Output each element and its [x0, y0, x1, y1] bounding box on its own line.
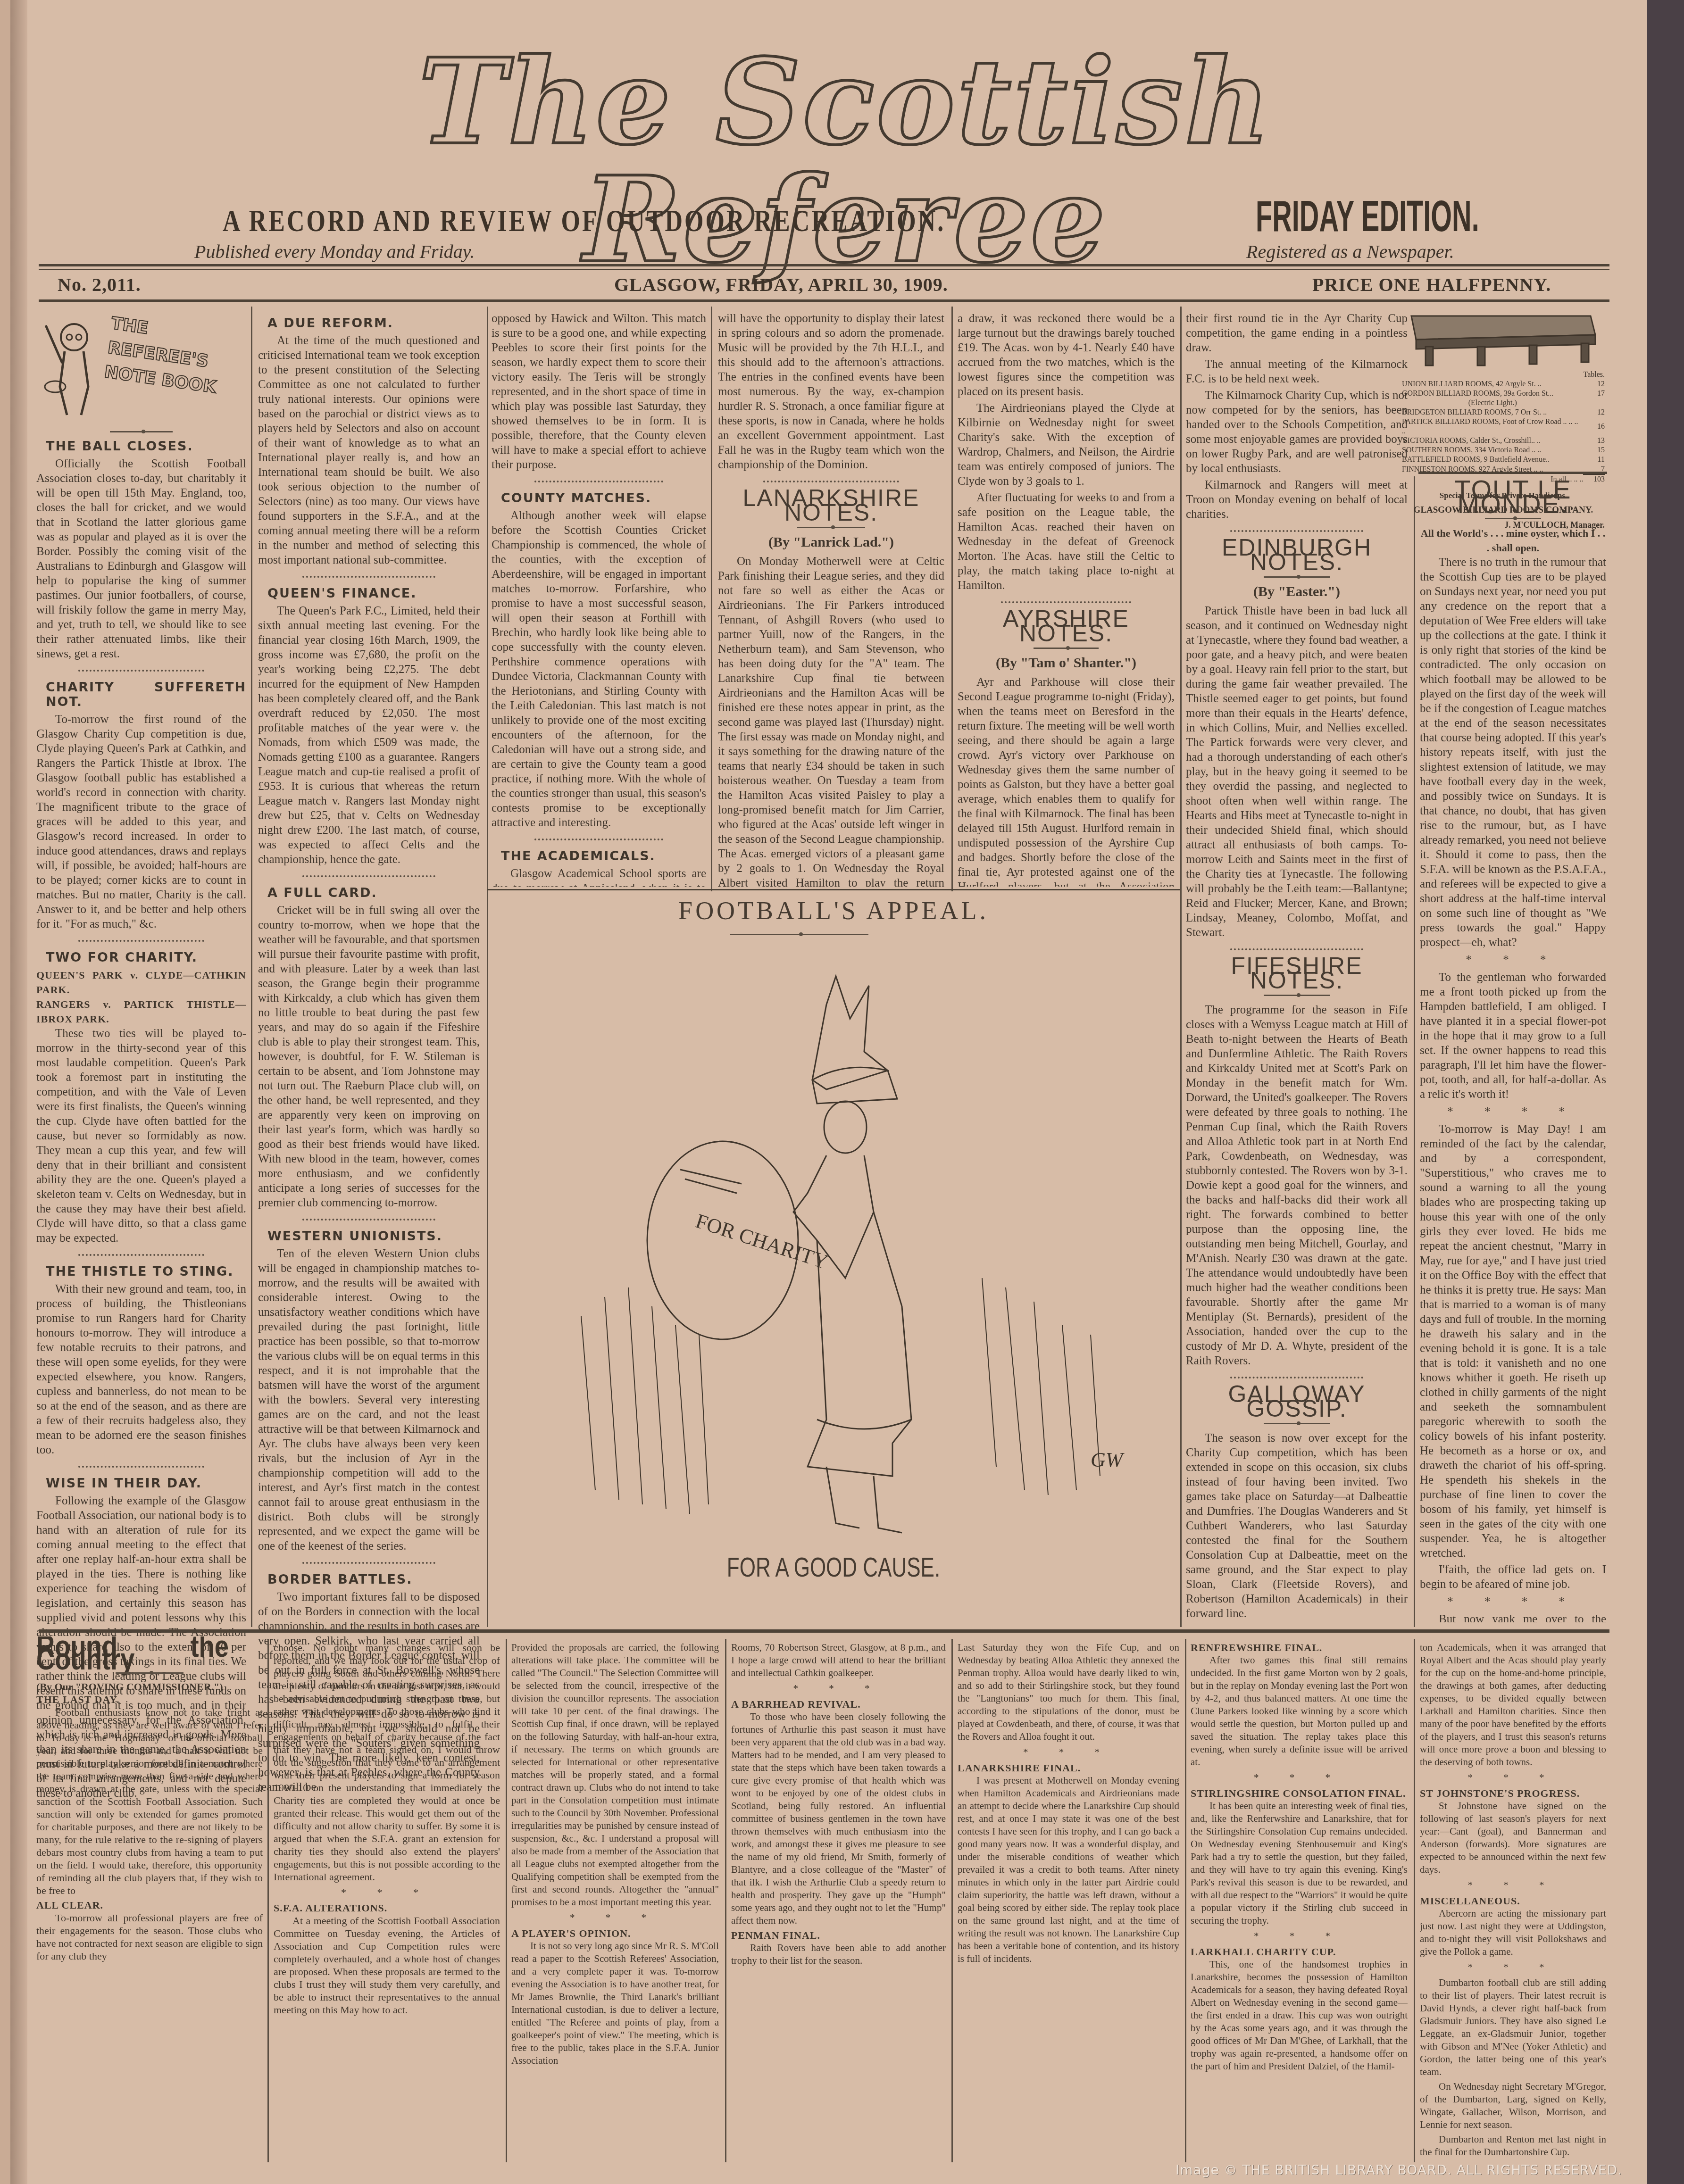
- article-body: On Monday Motherwell were at Celtic Park…: [718, 554, 944, 887]
- section-heading: TWO FOR CHARITY.: [46, 950, 246, 965]
- bottom-section-rule: [39, 1629, 1609, 1633]
- article-body: At the time of the much questioned and c…: [258, 333, 480, 567]
- ad-bottom-rule: [1418, 472, 1607, 474]
- round-the-country-col1: Round the Country (By Our "ROVING COMMIS…: [36, 1636, 263, 2160]
- article-body: Dumbarton and Renton met last night in t…: [1420, 2133, 1606, 2159]
- article-body: It has been quite an interesting week of…: [1191, 1800, 1408, 1927]
- article-body: On Wednesday night Secretary M'Gregor, o…: [1420, 2080, 1606, 2131]
- column-divider: [1414, 476, 1415, 1627]
- article-body: a draw, it was reckoned there would be a…: [958, 311, 1175, 399]
- article-body: At a meeting of the Scottish Football As…: [274, 1914, 500, 2016]
- table-row: VICTORIA ROOMS, Calder St., Crosshill.. …: [1402, 436, 1605, 446]
- dateline: GLASGOW, FRIDAY, APRIL 30, 1909.: [614, 274, 948, 296]
- article-body: To-morrow the first round of the Glasgow…: [36, 712, 246, 931]
- section-heading: QUEEN'S FINANCE.: [267, 586, 480, 601]
- star-separator: * * *: [1420, 1961, 1606, 1974]
- wavy-divider: [1001, 601, 1131, 603]
- table-row: BATTLEFIELD ROOMS, 9 Battlefield Avenue.…: [1402, 455, 1605, 465]
- price: PRICE ONE HALFPENNY.: [1312, 274, 1551, 296]
- article-body: This, one of the handsomest trophies in …: [1191, 1958, 1408, 2073]
- section-heading: PENMAN FINAL.: [731, 1929, 946, 1942]
- table-row: UNION BILLIARD ROOMS, 42 Argyle St. ..12: [1402, 380, 1605, 389]
- table-row: BRIDGETON BILLIARD ROOMS, 7 Orr St. ..12: [1402, 408, 1605, 417]
- dateline-rule: [39, 299, 1609, 302]
- article-body: Partick Thistle have been in bad luck al…: [1186, 604, 1408, 940]
- round-the-country-col5: Last Saturday they won the Fife Cup, and…: [958, 1641, 1179, 2160]
- column-divider: [725, 1639, 726, 2162]
- ornament-divider: [797, 527, 865, 528]
- byline: (By "Tam o' Shanter."): [958, 656, 1175, 670]
- wavy-divider: [1230, 530, 1363, 532]
- column-divider: [711, 307, 712, 891]
- article-body: their first round tie in the Ayr Charity…: [1186, 311, 1408, 355]
- table-row: (Electric Light.): [1402, 399, 1605, 408]
- section-heading: COUNTY MATCHES.: [501, 491, 706, 506]
- wavy-divider: [78, 1466, 204, 1468]
- section-heading: A FULL CARD.: [267, 886, 480, 900]
- section-heading: S.F.A. ALTERATIONS.: [274, 1902, 500, 1914]
- article-body: The annual meeting of the Kilmarnock F.C…: [1186, 357, 1408, 386]
- star-separator: * * *: [1420, 1771, 1606, 1784]
- section-heading: A BARRHEAD REVIVAL.: [731, 1698, 946, 1711]
- wavy-divider: [1230, 1377, 1363, 1378]
- article-body: These two ties will be played to-morrow …: [36, 1026, 246, 1246]
- ornament-divider: [1264, 576, 1330, 578]
- table-row: SOUTHERN ROOMS, 334 Victoria Road .. ..1…: [1402, 446, 1605, 455]
- article-body: Cricket will be in full swing all over t…: [258, 903, 480, 1210]
- section-heading-edinburgh: EDINBURGH NOTES.: [1186, 540, 1408, 570]
- byline: (By "Lanrick Lad."): [718, 535, 944, 549]
- section-heading: THE BALL CLOSES.: [46, 439, 246, 454]
- section-heading: ALL CLEAR.: [36, 1899, 263, 1911]
- ornament-divider: [116, 1672, 183, 1674]
- section-heading: RENFREWSHIRE FINAL.: [1191, 1641, 1408, 1654]
- star-separator: * * *: [958, 1746, 1179, 1759]
- article-body: But now yank me over to the women's pape…: [1420, 1612, 1606, 1622]
- star-separator: * * *: [1420, 1879, 1606, 1892]
- wavy-divider: [302, 576, 435, 578]
- column-5: a draw, it was reckoned there would be a…: [958, 311, 1175, 887]
- fixture-line: QUEEN'S PARK v. CLYDE—CATHKIN PARK.: [36, 968, 246, 997]
- published-note: Published every Monday and Friday.: [194, 241, 475, 263]
- billiard-table-icon: [1402, 307, 1605, 368]
- article-body: Glasgow Academical School sports are due…: [492, 866, 706, 887]
- article-body: It is not so very long ago since Mr R. S…: [511, 1940, 719, 2067]
- masthead-rule-inner: [39, 269, 1609, 270]
- registered-note: Registered as a Newspaper.: [1246, 241, 1454, 263]
- artist-signature: GW: [1091, 1448, 1125, 1471]
- article-body: Provided the proposals are carried, the …: [511, 1641, 719, 1909]
- round-the-country-col7: ton Academicals, when it was arranged th…: [1420, 1641, 1606, 2160]
- column-divider: [267, 1639, 269, 2162]
- wavy-divider: [78, 670, 204, 672]
- article-body: will have the opportunity to display the…: [718, 311, 944, 472]
- section-heading: THE LAST DAY.: [36, 1693, 263, 1706]
- article-body: The season is now over except for the Ch…: [1186, 1431, 1408, 1621]
- column-3: opposed by Hawick and Wilton. This match…: [492, 311, 706, 887]
- column-divider: [951, 307, 953, 891]
- column-tout-le-monde: TOUT LE MONDE. All the World's . . . min…: [1420, 476, 1606, 1622]
- article-body: Dumbarton football club are still adding…: [1420, 1976, 1606, 2078]
- ball-text: FOR CHARITY: [693, 1209, 831, 1274]
- section-heading: WISE IN THEIR DAY.: [46, 1476, 246, 1491]
- article-body: St Johnstone have signed on the followin…: [1420, 1800, 1606, 1876]
- newspaper-page: The Scottish Referee A RECORD AND REVIEW…: [10, 0, 1647, 2184]
- section-heading-ayrshire: AYRSHIRE NOTES.: [958, 612, 1175, 641]
- lady-with-charity-ball-illustration: FOR CHARITY GW: [487, 948, 1180, 1552]
- section-heading-fifeshire: FIFESHIRE NOTES.: [1186, 959, 1408, 988]
- column-referees-notebook: THE REFEREE'S NOTE BOOK THE BALL CLOSES.…: [36, 311, 246, 1802]
- section-heading-galloway: GALLOWAY GOSSIP.: [1186, 1387, 1408, 1416]
- epigraph: All the World's . . . mine oyster, which…: [1420, 526, 1606, 555]
- column-divider: [951, 1639, 953, 2162]
- wavy-divider: [302, 1219, 435, 1221]
- wavy-divider: [534, 839, 663, 840]
- article-body: choose. No doubt many changes will soon …: [274, 1641, 500, 1883]
- cartoon-caption: FOR A GOOD CAUSE.: [487, 1553, 1180, 1584]
- section-heading: A DUE REFORM.: [267, 316, 480, 331]
- scan-dark-edge: [1647, 0, 1684, 2184]
- article-body: After two games this final still remains…: [1191, 1654, 1408, 1769]
- article-body: Football enthusiasts know not to take fr…: [36, 1706, 263, 1897]
- article-body: The Airdrieonians played the Clyde at Ki…: [958, 401, 1175, 489]
- byline: (By Our "ROVING COMMISSIONER."): [36, 1680, 263, 1693]
- star-separator: * * *: [1191, 1771, 1408, 1784]
- article-body: To the gentleman who forwarded me a fron…: [1420, 970, 1606, 1102]
- section-heading-tout-le-monde: TOUT LE MONDE.: [1420, 482, 1606, 511]
- binding-edge: [10, 0, 27, 2184]
- section-heading: THE THISTLE TO STING.: [46, 1264, 246, 1279]
- wavy-divider: [78, 1254, 204, 1256]
- wavy-divider: [534, 481, 663, 482]
- ornament-divider: [730, 934, 868, 935]
- section-heading: MISCELLANEOUS.: [1420, 1894, 1606, 1907]
- star-separator: * * *: [731, 1682, 946, 1695]
- article-body: Ayr and Parkhouse will close their Secon…: [958, 675, 1175, 887]
- article-body: The programme for the season in Fife clo…: [1186, 1003, 1408, 1368]
- ornament-divider: [1034, 648, 1099, 649]
- column-divider: [1414, 1639, 1415, 2162]
- section-heading: ST JOHNSTONE'S PROGRESS.: [1420, 1787, 1606, 1800]
- notebook-title: THE REFEREE'S NOTE BOOK: [103, 311, 251, 404]
- star-separator: * * *: [274, 1886, 500, 1899]
- section-heading: STIRLINGSHIRE CONSOLATION FINAL.: [1191, 1787, 1408, 1800]
- article-body: To those who have been closely following…: [731, 1711, 946, 1927]
- column-divider: [506, 1639, 507, 2162]
- ornament-divider: [1264, 995, 1330, 996]
- article-body: Last Saturday they won the Fife Cup, and…: [958, 1641, 1179, 1743]
- round-the-country-title: Round the Country: [36, 1640, 229, 1666]
- ornament-divider: [110, 431, 173, 432]
- article-body: The Queen's Park F.C., Limited, held the…: [258, 604, 480, 867]
- masthead-rule: [39, 264, 1609, 266]
- wavy-divider: [302, 1562, 435, 1564]
- table-row: GORDON BILLIARD ROOMS, 39a Gordon St...1…: [1402, 389, 1605, 399]
- wavy-divider: [1230, 948, 1363, 950]
- cartoon-footballs-appeal: FOOTBALL'S APPEAL. FOR CHARITY GW FOR A …: [487, 887, 1180, 1603]
- article-body: With their new ground and team, too, in …: [36, 1282, 246, 1457]
- star-separator: * * *: [511, 1911, 719, 1924]
- wavy-divider: [302, 875, 435, 877]
- article-body: Kilmarnock and Rangers will meet at Troo…: [1186, 478, 1408, 522]
- round-the-country-col3: Provided the proposals are carried, the …: [511, 1641, 719, 2160]
- notebook-illustration: THE REFEREE'S NOTE BOOK: [36, 311, 246, 424]
- tables-header: Tables.: [1583, 370, 1605, 380]
- article-body: I'faith, the office lad gets on. I begin…: [1420, 1562, 1606, 1592]
- star-separator: * * * *: [1420, 1594, 1606, 1609]
- article-body: Ten of the eleven Western Union clubs wi…: [258, 1246, 480, 1553]
- article-body: Abercorn are acting the missionary part …: [1420, 1907, 1606, 1958]
- edition-label: FRIDAY EDITION.: [1256, 191, 1479, 241]
- billiard-rooms-table: Tables. UNION BILLIARD ROOMS, 42 Argyle …: [1402, 370, 1605, 484]
- section-heading-lanarkshire: LANARKSHIRE NOTES.: [718, 491, 944, 520]
- round-the-country-col6: RENFREWSHIRE FINAL. After two games this…: [1191, 1641, 1408, 2160]
- article-body: Officially the Scottish Football Associa…: [36, 457, 246, 661]
- article-body: Raith Rovers have been able to add anoth…: [731, 1942, 946, 1967]
- cartoon-title: FOOTBALL'S APPEAL.: [487, 896, 1180, 925]
- ornament-divider: [1264, 1423, 1330, 1424]
- article-body: Rooms, 70 Robertson Street, Glasgow, at …: [731, 1641, 946, 1679]
- byline: (By "Easter."): [1186, 584, 1408, 599]
- copyright-watermark: Image © THE BRITISH LIBRARY BOARD. ALL R…: [1175, 2162, 1622, 2178]
- article-body: opposed by Hawick and Wilton. This match…: [492, 311, 706, 472]
- section-heading: LANARKSHIRE FINAL.: [958, 1761, 1179, 1774]
- column-divider: [1185, 1639, 1186, 2162]
- article-body: Although another week will elapse before…: [492, 508, 706, 830]
- section-heading: BORDER BATTLES.: [267, 1572, 480, 1587]
- article-body: To-morrow is May Day! I am reminded of t…: [1420, 1122, 1606, 1561]
- round-the-country-col4: Rooms, 70 Robertson Street, Glasgow, at …: [731, 1641, 946, 2160]
- star-separator: * * * *: [1420, 1104, 1606, 1119]
- round-the-country-col2: choose. No doubt many changes will soon …: [274, 1641, 500, 2160]
- article-body: I was present at Motherwell on Monday ev…: [958, 1774, 1179, 1965]
- wavy-divider: [78, 940, 204, 942]
- column-6: their first round tie in the Ayr Charity…: [1186, 311, 1408, 1622]
- star-separator: * * *: [1420, 953, 1606, 967]
- column-2: A DUE REFORM. At the time of the much qu…: [258, 311, 480, 1796]
- ornament-divider: [1485, 518, 1541, 519]
- article-body: To-morrow all professional players are f…: [36, 1911, 263, 1962]
- masthead-tagline: A RECORD AND REVIEW OF OUTDOOR RECREATIO…: [223, 204, 945, 239]
- article-body: After fluctuating for weeks to and from …: [958, 490, 1175, 593]
- article-body: The Kilmarnock Charity Cup, which is not…: [1186, 388, 1408, 476]
- fixture-line: RANGERS v. PARTICK THISTLE—IBROX PARK.: [36, 997, 246, 1026]
- star-separator: * * *: [1191, 1930, 1408, 1943]
- article-body: There is no truth in the rumour that the…: [1420, 555, 1606, 950]
- section-heading: WESTERN UNIONISTS.: [267, 1229, 480, 1244]
- column-divider: [1180, 307, 1182, 1627]
- table-row: PARTICK BILLIARD ROOMS, Foot of Crow Roa…: [1402, 417, 1605, 436]
- section-heading: CHARITY SUFFERETH NOT.: [46, 680, 246, 709]
- column-4: will have the opportunity to display the…: [718, 311, 944, 887]
- wavy-divider: [763, 481, 899, 482]
- referee-caricature-icon: [41, 316, 107, 420]
- section-heading: A PLAYER'S OPINION.: [511, 1927, 719, 1940]
- section-heading: LARKHALL CHARITY CUP.: [1191, 1945, 1408, 1958]
- section-heading: THE ACADEMICALS.: [501, 849, 706, 864]
- column-divider: [251, 307, 252, 1627]
- issue-number: No. 2,011.: [58, 274, 141, 296]
- article-body: ton Academicals, when it was arranged th…: [1420, 1641, 1606, 1769]
